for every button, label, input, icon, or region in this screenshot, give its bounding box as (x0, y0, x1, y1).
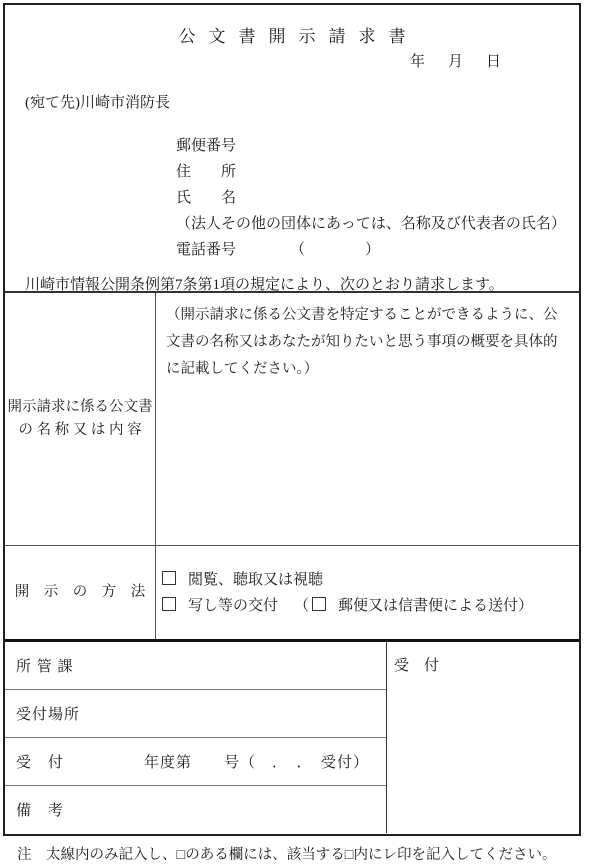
dept-label: 所 管 課 (16, 655, 74, 676)
form-title: 公文書開示請求書 (5, 22, 579, 47)
request-table: 開示請求に係る公文書 の 名 称 又 は 内 容 （開示請求に係る公文書を特定す… (5, 291, 579, 639)
method-label: 開 示 の 方 法 (5, 546, 156, 639)
checkbox-view[interactable] (162, 571, 176, 585)
disclosure-request-form: 公文書開示請求書 年 月 日 (宛て先)川崎市消防長 郵便番号 住 所 氏 名 … (3, 3, 581, 836)
address-field[interactable]: 住 所 (176, 159, 579, 185)
form-header-section: 公文書開示請求書 年 月 日 (宛て先)川崎市消防長 郵便番号 住 所 氏 名 … (5, 5, 579, 291)
postal-code-label: 郵便番号 (176, 138, 236, 154)
method-options: 閲覧、聴取又は視聴 写し等の交付（郵便又は信書便による送付） (156, 546, 579, 639)
checkbox-mail[interactable] (312, 597, 326, 611)
phone-label: 電話番号 (176, 242, 236, 258)
name-label: 氏 名 (176, 190, 236, 206)
name-field[interactable]: 氏 名 (176, 185, 579, 211)
method-row: 開 示 の 方 法 閲覧、聴取又は視聴 写し等の交付（郵便又は信書便による送付） (5, 546, 579, 639)
reception-place-label: 受付場所 (16, 703, 80, 724)
option-copy: 写し等の交付（郵便又は信書便による送付） (162, 593, 579, 619)
receipt-stamp-label: 受 付 (394, 658, 439, 674)
address-label: 住 所 (176, 164, 236, 180)
phone-parens: （ ） (290, 242, 380, 258)
corporate-note: （法人その他の団体にあっては、名称及び代表者の氏名） (176, 211, 579, 237)
option-view-label: 閲覧、聴取又は視聴 (188, 572, 323, 588)
reception-number-label: 受 付 年度第 号（ ． ． 受付） (16, 751, 369, 772)
phone-field[interactable]: 電話番号（ ） (176, 237, 579, 263)
reception-number-row: 受 付 年度第 号（ ． ． 受付） (5, 738, 386, 786)
reception-place-row: 受付場所 (5, 690, 386, 738)
applicant-fields: 郵便番号 住 所 氏 名 （法人その他の団体にあっては、名称及び代表者の氏名） … (176, 133, 579, 263)
mail-option-label: 郵便又は信書便による送付） (338, 598, 533, 614)
addressee-label: (宛て先)川崎市消防長 (25, 91, 579, 112)
postal-code-field[interactable]: 郵便番号 (176, 133, 579, 159)
date-field[interactable]: 年 月 日 (5, 50, 579, 71)
mail-option-open-paren: （ (294, 598, 309, 614)
subject-label: 開示請求に係る公文書 の 名 称 又 は 内 容 (5, 293, 156, 545)
receipt-stamp-box: 受 付 (387, 642, 579, 833)
dept-row: 所 管 課 (5, 642, 386, 690)
subject-row: 開示請求に係る公文書 の 名 称 又 は 内 容 （開示請求に係る公文書を特定す… (5, 293, 579, 546)
option-view: 閲覧、聴取又は視聴 (162, 567, 579, 593)
remarks-row: 備 考 (5, 786, 386, 833)
subject-hint: （開示請求に係る公文書を特定することができるように、公文書の名称又はあなたが知り… (166, 307, 558, 377)
office-use-section: 所 管 課 受付場所 受 付 年度第 号（ ． ． 受付） 備 考 受 付 (5, 639, 579, 833)
footer-note: 注 太線内のみ記入し、□のある欄には、該当する□内にレ印を記入してください。 (17, 843, 557, 864)
legal-basis-statement: 川崎市情報公開条例第7条第1項の規定により、次のとおり請求します。 (25, 273, 579, 291)
option-copy-label: 写し等の交付 (188, 598, 278, 614)
checkbox-copy[interactable] (162, 597, 176, 611)
office-use-left-column: 所 管 課 受付場所 受 付 年度第 号（ ． ． 受付） 備 考 (5, 642, 387, 833)
remarks-label: 備 考 (16, 799, 64, 820)
subject-input-area[interactable]: （開示請求に係る公文書を特定することができるように、公文書の名称又はあなたが知り… (156, 293, 579, 545)
